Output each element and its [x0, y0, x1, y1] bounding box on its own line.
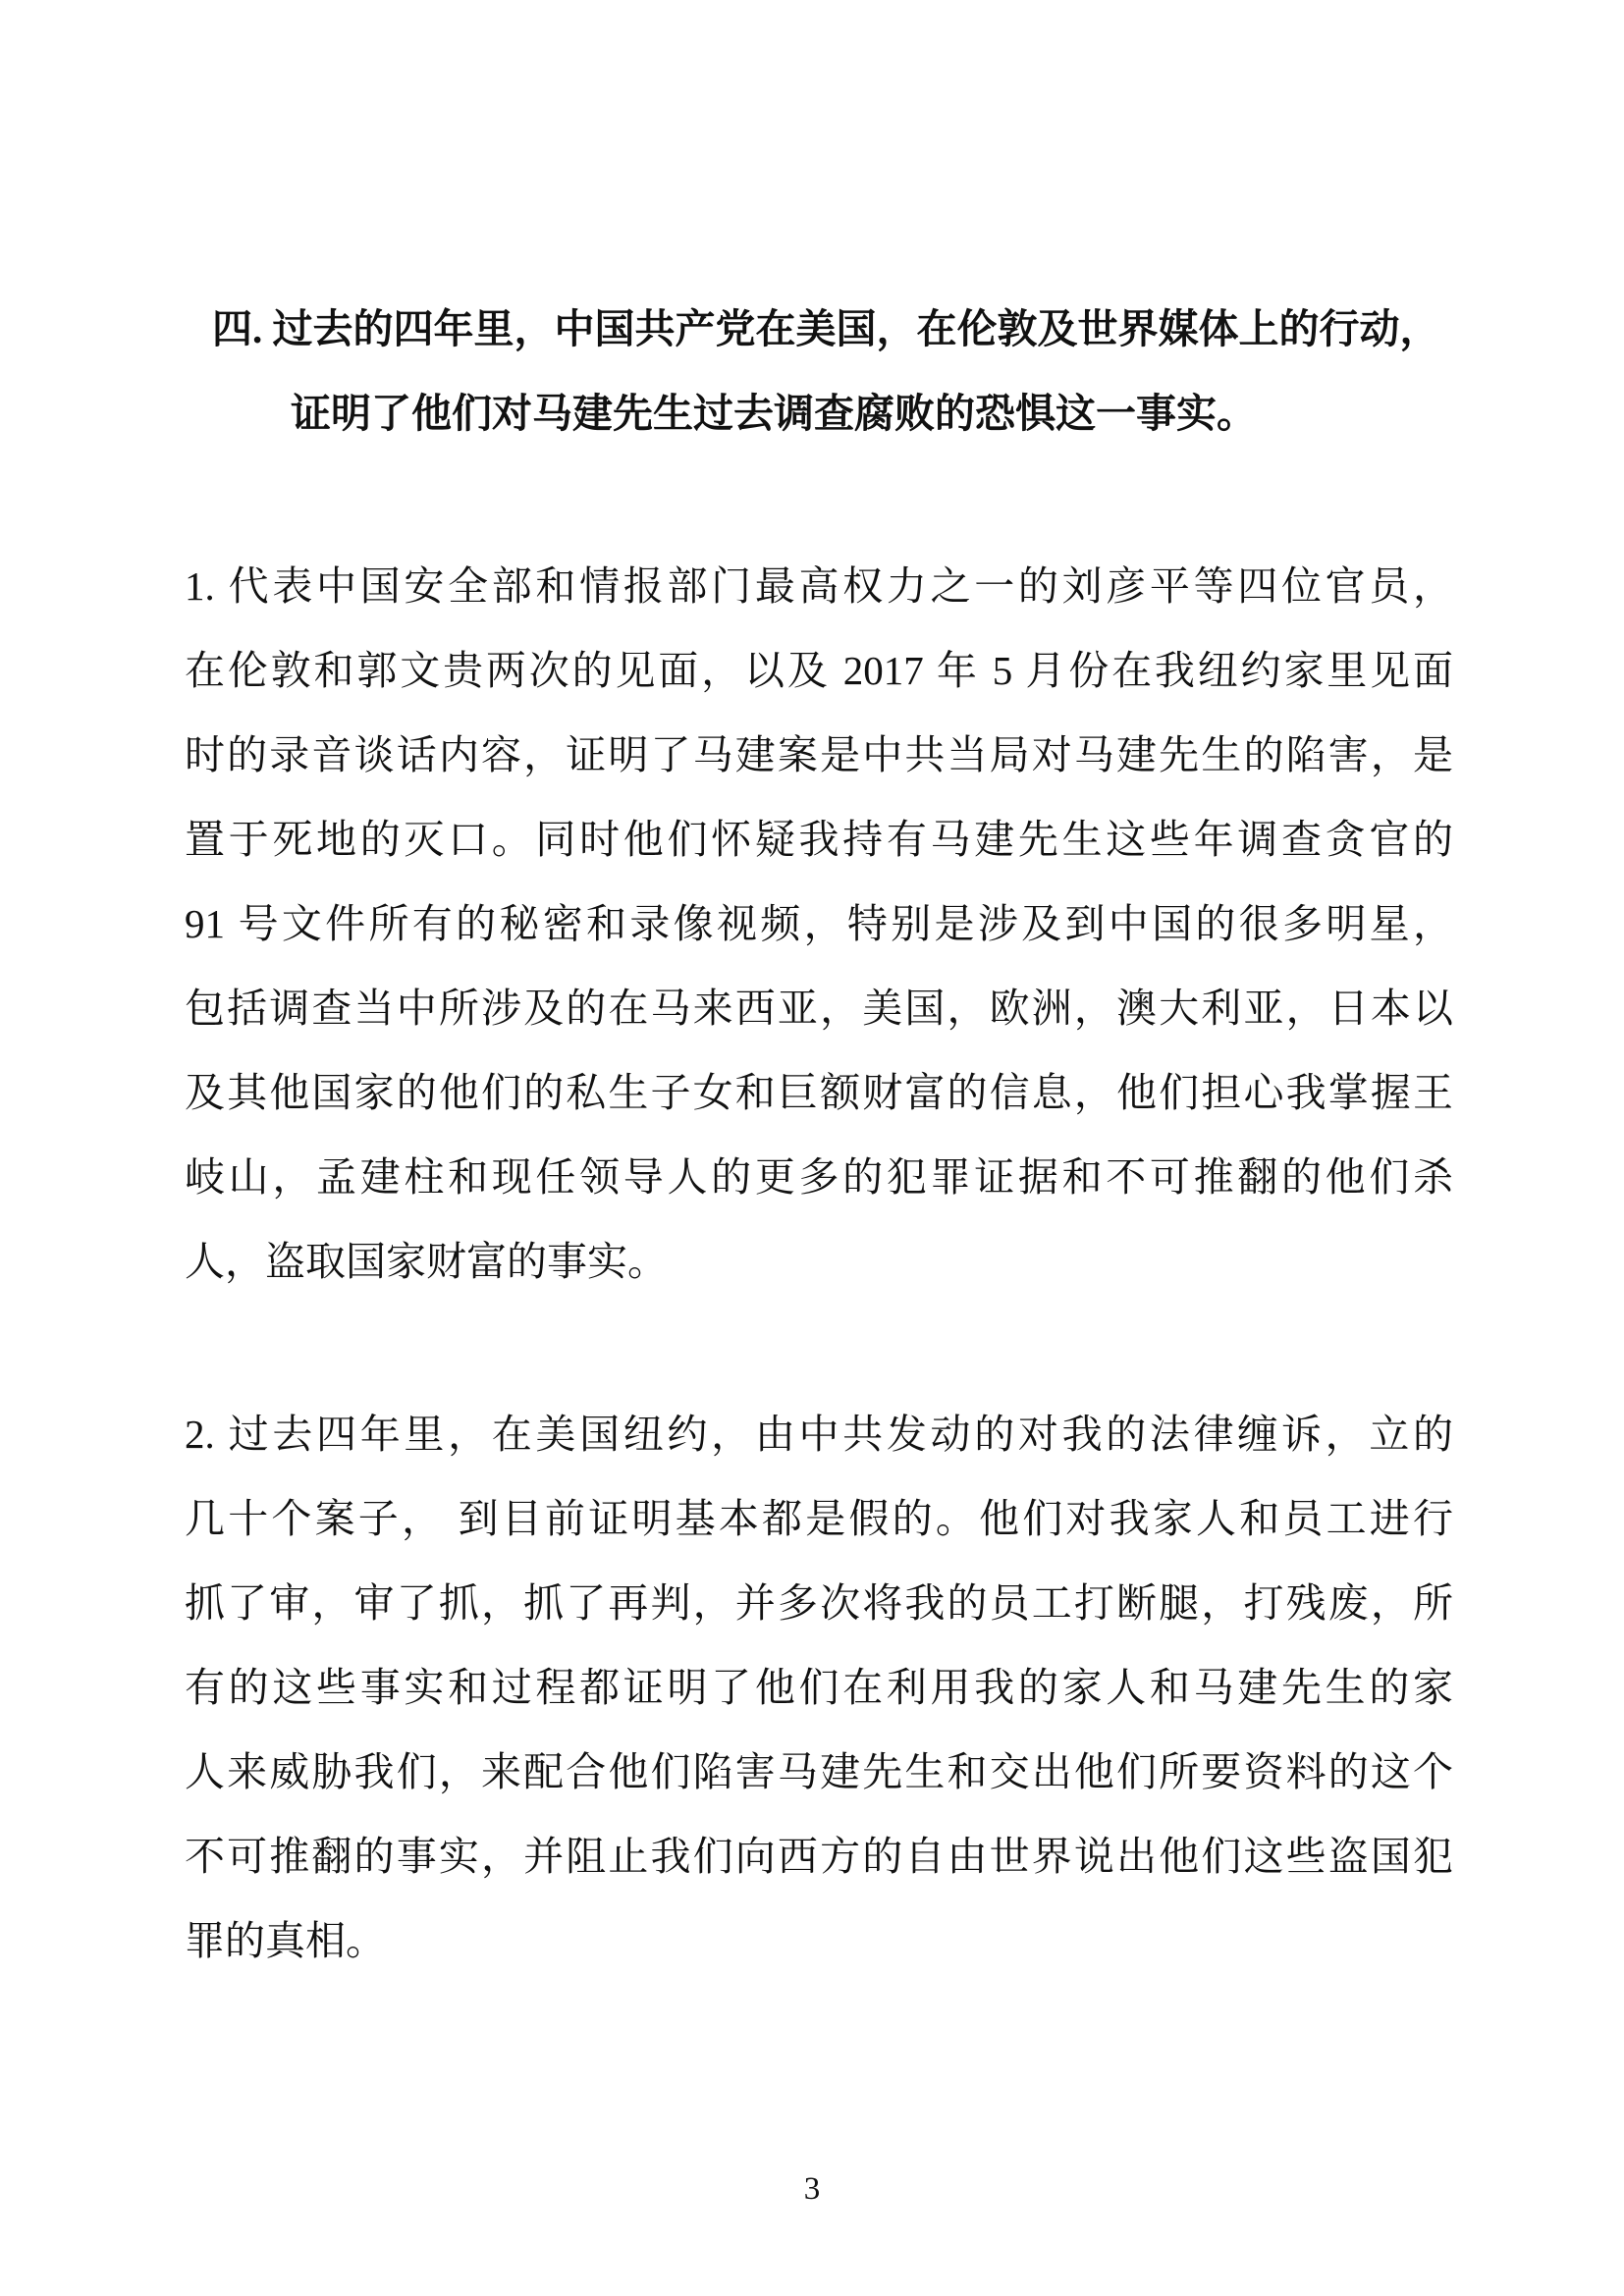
paragraph-2: 2. 过去四年里，在美国纽约，由中共发动的对我的法律缠诉，立的几十个案子， 到目…	[185, 1392, 1453, 1983]
section-heading: 四. 过去的四年里，中国共产党在美国，在伦敦及世界媒体上的行动， 证明了他们对马…	[212, 287, 1453, 455]
document-content: 四. 过去的四年里，中国共产党在美国，在伦敦及世界媒体上的行动， 证明了他们对马…	[185, 287, 1453, 1983]
text-line: 置于死地的灭口。同时他们怀疑我持有马建先生这些年调查贪官的	[185, 797, 1453, 881]
text-line: 几十个案子， 到目前证明基本都是假的。他们对我家人和员工进行	[185, 1476, 1453, 1561]
text-line: 包括调查当中所涉及的在马来西亚，美国，欧洲，澳大利亚，日本以	[185, 966, 1453, 1050]
text-line: 在伦敦和郭文贵两次的见面，以及 2017 年 5 月份在我纽约家里见面	[185, 628, 1453, 713]
text-line: 时的录音谈话内容，证明了马建案是中共当局对马建先生的陷害，是	[185, 713, 1453, 797]
heading-line-1: 四. 过去的四年里，中国共产党在美国，在伦敦及世界媒体上的行动，	[212, 287, 1453, 371]
text-line: 不可推翻的事实，并阻止我们向西方的自由世界说出他们这些盗国犯	[185, 1814, 1453, 1898]
heading-line-2: 证明了他们对马建先生过去调查腐败的恐惧这一事实。	[291, 371, 1453, 455]
document-page: 四. 过去的四年里，中国共产党在美国，在伦敦及世界媒体上的行动， 证明了他们对马…	[0, 0, 1624, 2296]
page-number: 3	[0, 2173, 1624, 2206]
text-line: 91 号文件所有的秘密和录像视频，特别是涉及到中国的很多明星，	[185, 881, 1453, 966]
text-line: 罪的真相。	[185, 1898, 1453, 1983]
text-line: 抓了审，审了抓，抓了再判，并多次将我的员工打断腿，打残废，所	[185, 1561, 1453, 1645]
text-line: 2. 过去四年里，在美国纽约，由中共发动的对我的法律缠诉，立的	[185, 1392, 1453, 1476]
text-line: 有的这些事实和过程都证明了他们在利用我的家人和马建先生的家	[185, 1645, 1453, 1730]
text-line: 岐山，孟建柱和现任领导人的更多的犯罪证据和不可推翻的他们杀	[185, 1135, 1453, 1219]
text-line: 人，盗取国家财富的事实。	[185, 1219, 1453, 1304]
paragraph-1: 1. 代表中国安全部和情报部门最高权力之一的刘彦平等四位官员，在伦敦和郭文贵两次…	[185, 544, 1453, 1304]
text-line: 人来威胁我们，来配合他们陷害马建先生和交出他们所要资料的这个	[185, 1730, 1453, 1814]
text-line: 1. 代表中国安全部和情报部门最高权力之一的刘彦平等四位官员，	[185, 544, 1453, 628]
text-line: 及其他国家的他们的私生子女和巨额财富的信息，他们担心我掌握王	[185, 1050, 1453, 1135]
